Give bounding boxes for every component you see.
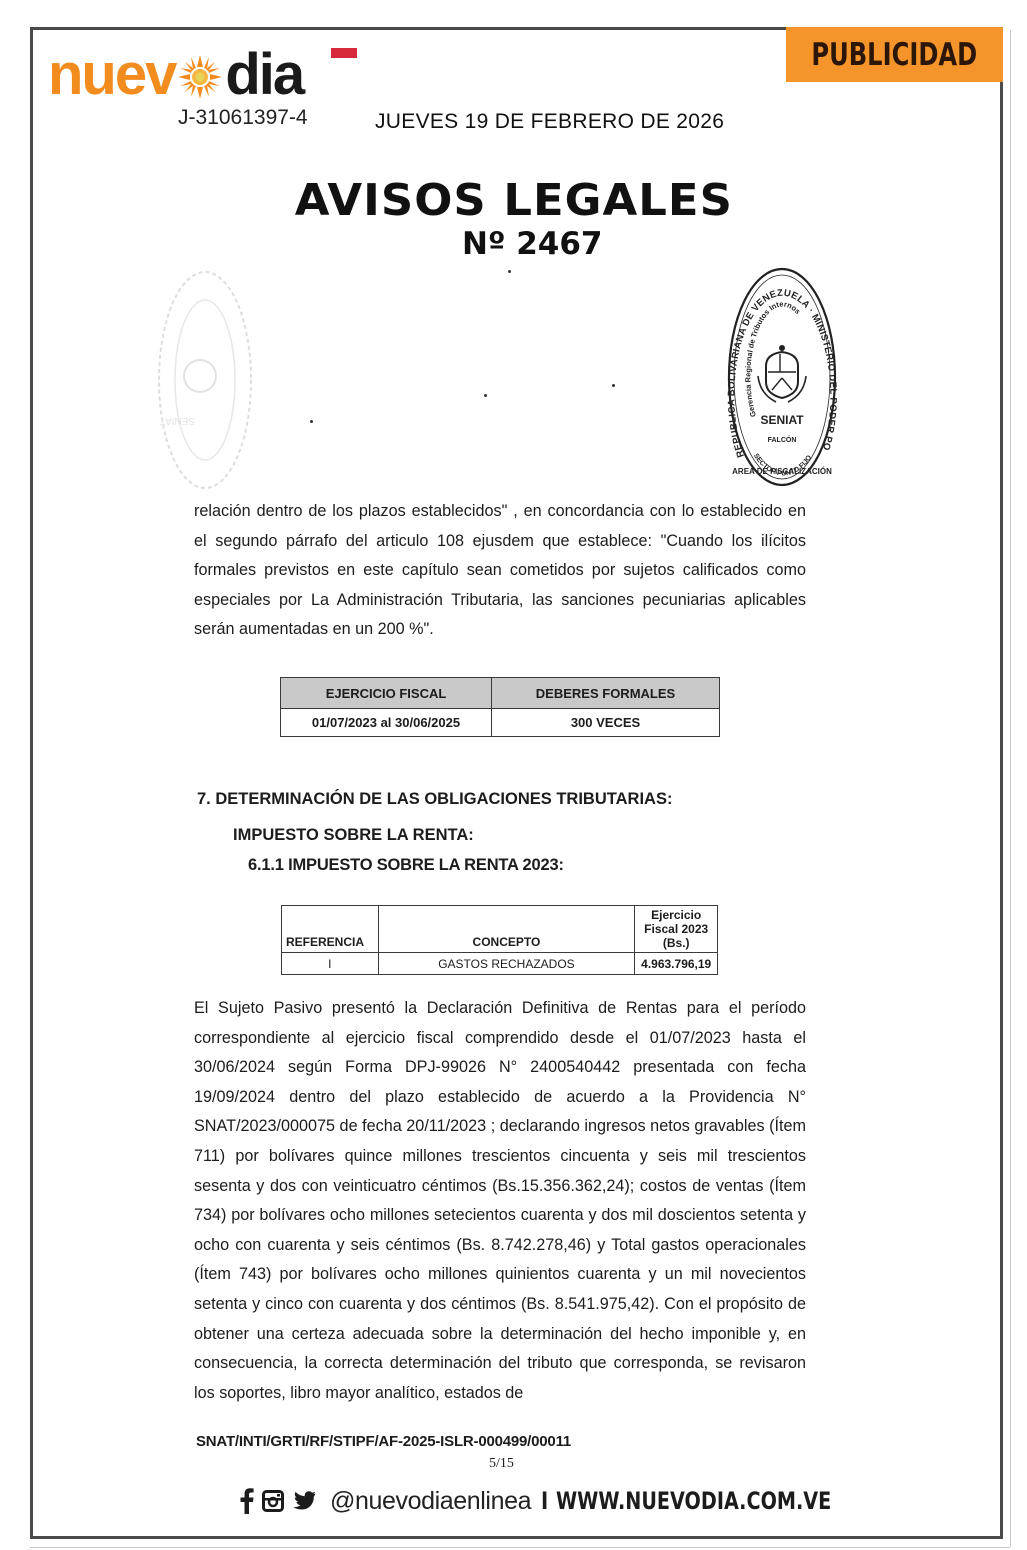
section-heading: 7. DETERMINACIÓN DE LAS OBLIGACIONES TRI… — [197, 790, 672, 809]
nuevodia-logo: nuev dia — [48, 44, 303, 104]
website-link[interactable]: WWW.NUEVODIA.COM.VE — [556, 1487, 831, 1515]
sun-icon — [176, 53, 224, 101]
logo-text-part1: nuev — [48, 46, 175, 104]
header-line: Fiscal 2023 — [635, 922, 717, 936]
table-header-cell: CONCEPTO — [378, 906, 635, 953]
table-cell: 300 VECES — [492, 709, 720, 737]
deberes-formales-table: EJERCICIO FISCAL DEBERES FORMALES 01/07/… — [280, 677, 720, 737]
subsection-heading: IMPUESTO SOBRE LA RENTA: — [233, 826, 474, 845]
footer-separator: I — [541, 1487, 548, 1516]
page-shadow-bottom — [30, 1547, 1010, 1548]
svg-text:SENIAT: SENIAT — [160, 415, 195, 426]
page-title: AVISOS LEGALES — [0, 175, 1027, 226]
faded-seal-icon: SENIAT — [155, 266, 255, 494]
header-line: (Bs.) — [635, 936, 717, 950]
table-cell: 4.963.796,19 — [635, 953, 718, 975]
paragraph-declaracion: El Sujeto Pasivo presentó la Declaración… — [194, 994, 806, 1408]
scan-speck — [310, 420, 313, 423]
document-reference: SNAT/INTI/GRTI/RF/STIPF/AF-2025-ISLR-000… — [196, 1433, 571, 1450]
table-header-row: REFERENCIA CONCEPTO Ejercicio Fiscal 202… — [282, 906, 718, 953]
logo-accent-bar — [331, 48, 357, 58]
table-cell: GASTOS RECHAZADOS — [378, 953, 635, 975]
paragraph-text: El Sujeto Pasivo presentó la Declaración… — [194, 994, 806, 1408]
social-footer: @nuevodiaenlinea I WWW.NUEVODIA.COM.VE — [240, 1483, 900, 1519]
page-shadow-right — [1010, 30, 1011, 1547]
scan-speck — [508, 270, 511, 273]
logo-text-part2: dia — [225, 46, 303, 104]
subsubsection-heading: 6.1.1 IMPUESTO SOBRE LA RENTA 2023: — [248, 856, 564, 875]
social-handle[interactable]: @nuevodiaenlinea — [330, 1487, 531, 1516]
table-header-row: EJERCICIO FISCAL DEBERES FORMALES — [281, 678, 720, 709]
edition-number: Nº 2467 — [462, 226, 603, 262]
svg-text:FALCÓN: FALCÓN — [768, 435, 797, 444]
header-line: Ejercicio — [635, 908, 717, 922]
table-cell: I — [282, 953, 379, 975]
publicidad-banner: PUBLICIDAD — [786, 27, 1003, 82]
publication-date: JUEVES 19 DE FEBRERO DE 2026 — [375, 110, 724, 134]
scan-speck — [484, 394, 487, 397]
twitter-icon[interactable] — [292, 1491, 316, 1511]
publicidad-label: PUBLICIDAD — [812, 37, 978, 73]
table-header-cell: EJERCICIO FISCAL — [281, 678, 492, 709]
page-number: 5/15 — [489, 1456, 514, 1472]
instagram-icon[interactable] — [262, 1490, 284, 1512]
paragraph-text: relación dentro de los plazos establecid… — [194, 497, 806, 645]
table-header-cell: Ejercicio Fiscal 2023 (Bs.) — [635, 906, 718, 953]
table-header-cell: REFERENCIA — [282, 906, 379, 953]
page-title-text: AVISOS LEGALES — [294, 175, 732, 226]
facebook-icon[interactable] — [240, 1488, 254, 1514]
svg-text:REPUBLICA BOLIVARIANA DE VENEZ: REPUBLICA BOLIVARIANA DE VENEZUELA · MIN… — [726, 266, 838, 459]
table-cell: 01/07/2023 al 30/06/2025 — [281, 709, 492, 737]
seniat-seal-icon: REPUBLICA BOLIVARIANA DE VENEZUELA · MIN… — [726, 266, 838, 488]
scan-speck — [612, 384, 615, 387]
rif-number: J-31061397-4 — [178, 106, 308, 130]
table-row: 01/07/2023 al 30/06/2025 300 VECES — [281, 709, 720, 737]
gastos-rechazados-table: REFERENCIA CONCEPTO Ejercicio Fiscal 202… — [281, 905, 718, 975]
table-header-cell: DEBERES FORMALES — [492, 678, 720, 709]
svg-text:SENIAT: SENIAT — [760, 413, 804, 427]
svg-text:AREA DE FISCALIZACIÓN: AREA DE FISCALIZACIÓN — [732, 467, 832, 476]
paragraph-sanctions: relación dentro de los plazos establecid… — [194, 497, 806, 645]
table-row: I GASTOS RECHAZADOS 4.963.796,19 — [282, 953, 718, 975]
